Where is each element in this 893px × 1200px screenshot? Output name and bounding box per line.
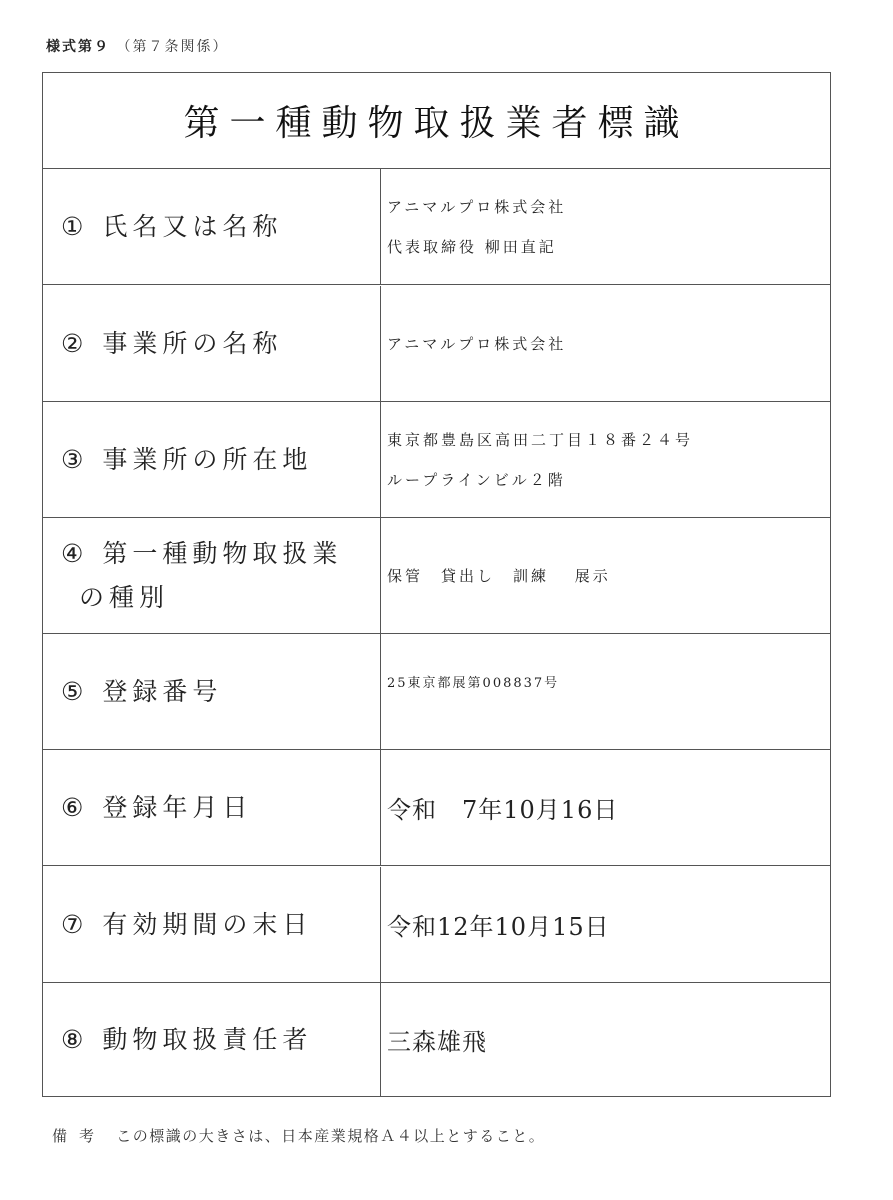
row-label: ⑦ 有効期間の末日 — [43, 867, 381, 982]
row-label: ④第一種動物取扱業 の種別 — [43, 518, 381, 633]
row-label-text-line2: の種別 — [61, 576, 342, 620]
row-label: ③ 事業所の所在地 — [43, 402, 381, 517]
row-label-text: 事業所の所在地 — [102, 438, 312, 482]
row-registration-number: ⑤ 登録番号 25東京都展第008837号 — [43, 634, 830, 750]
row-name: ① 氏名又は名称 アニマルプロ株式会社 代表取締役 柳田直記 — [43, 169, 830, 285]
responsible-person: 三森雄飛 — [387, 1022, 830, 1057]
row-office-address: ③ 事業所の所在地 東京都豊島区高田二丁目１８番２４号 ループラインビル２階 — [43, 402, 830, 518]
registration-number: 25東京都展第008837号 — [387, 664, 830, 704]
row-value: 令和12年10月15日 — [381, 867, 830, 982]
row-value: 東京都豊島区高田二丁目１８番２４号 ループラインビル２階 — [381, 402, 830, 517]
row-label: ⑥ 登録年月日 — [43, 750, 381, 865]
row-registration-date: ⑥ 登録年月日 令和 7年10月16日 — [43, 750, 830, 866]
row-number: ② — [61, 322, 88, 366]
remarks-text: この標識の大きさは、日本産業規格Ａ４以上とすること。 — [116, 1127, 545, 1145]
row-value: 三森雄飛 — [381, 983, 830, 1096]
row-label: ⑤ 登録番号 — [43, 634, 381, 749]
remarks-note: 備考 この標識の大きさは、日本産業規格Ａ４以上とすること。 — [52, 1125, 545, 1146]
row-label-text: 第一種動物取扱業 — [102, 539, 342, 568]
row-label-text: 登録番号 — [102, 670, 222, 714]
form-number: 様式第９ （第７条関係） — [46, 36, 228, 56]
business-types: 保管 貸出し 訓練 展示 — [387, 556, 830, 596]
row-value: アニマルプロ株式会社 代表取締役 柳田直記 — [381, 169, 830, 284]
row-business-type: ④第一種動物取扱業 の種別 保管 貸出し 訓練 展示 — [43, 518, 830, 634]
expiry-date: 令和12年10月15日 — [387, 907, 830, 942]
row-label-text: 登録年月日 — [102, 786, 252, 830]
row-responsible-person: ⑧ 動物取扱責任者 三森雄飛 — [43, 983, 830, 1096]
form-number-label: 様式第９ — [46, 39, 110, 55]
remarks-heading: 備考 — [52, 1127, 106, 1145]
row-label: ① 氏名又は名称 — [43, 169, 381, 284]
row-label: ② 事業所の名称 — [43, 286, 381, 401]
sign-title: 第一種動物取扱業者標識 — [43, 73, 830, 169]
form-number-reference: （第７条関係） — [116, 39, 228, 55]
row-label-text: 事業所の名称 — [102, 322, 282, 366]
row-value: 令和 7年10月16日 — [381, 750, 830, 865]
row-number: ⑧ — [61, 1018, 88, 1062]
registration-date: 令和 7年10月16日 — [387, 790, 830, 825]
row-office-name: ② 事業所の名称 アニマルプロ株式会社 — [43, 286, 830, 402]
row-label: ⑧ 動物取扱責任者 — [43, 983, 381, 1096]
row-number: ⑤ — [61, 670, 88, 714]
row-value: 25東京都展第008837号 — [381, 634, 830, 749]
representative-name: 代表取締役 柳田直記 — [387, 227, 830, 267]
row-value: アニマルプロ株式会社 — [381, 286, 830, 401]
address-line-1: 東京都豊島区高田二丁目１８番２４号 — [387, 420, 830, 460]
address-line-2: ループラインビル２階 — [387, 460, 830, 500]
office-name: アニマルプロ株式会社 — [387, 324, 830, 364]
row-label-text: 有効期間の末日 — [102, 903, 312, 947]
row-label-text: 動物取扱責任者 — [102, 1018, 312, 1062]
row-number: ③ — [61, 438, 88, 482]
row-number: ⑥ — [61, 786, 88, 830]
row-number: ⑦ — [61, 903, 88, 947]
row-expiry-date: ⑦ 有効期間の末日 令和12年10月15日 — [43, 867, 830, 983]
row-number: ④ — [61, 539, 88, 568]
row-number: ① — [61, 205, 88, 249]
company-name: アニマルプロ株式会社 — [387, 187, 830, 227]
row-label-text: 氏名又は名称 — [102, 205, 282, 249]
row-value: 保管 貸出し 訓練 展示 — [381, 518, 830, 633]
registration-sign-table: 第一種動物取扱業者標識 ① 氏名又は名称 アニマルプロ株式会社 代表取締役 柳田… — [42, 72, 831, 1097]
